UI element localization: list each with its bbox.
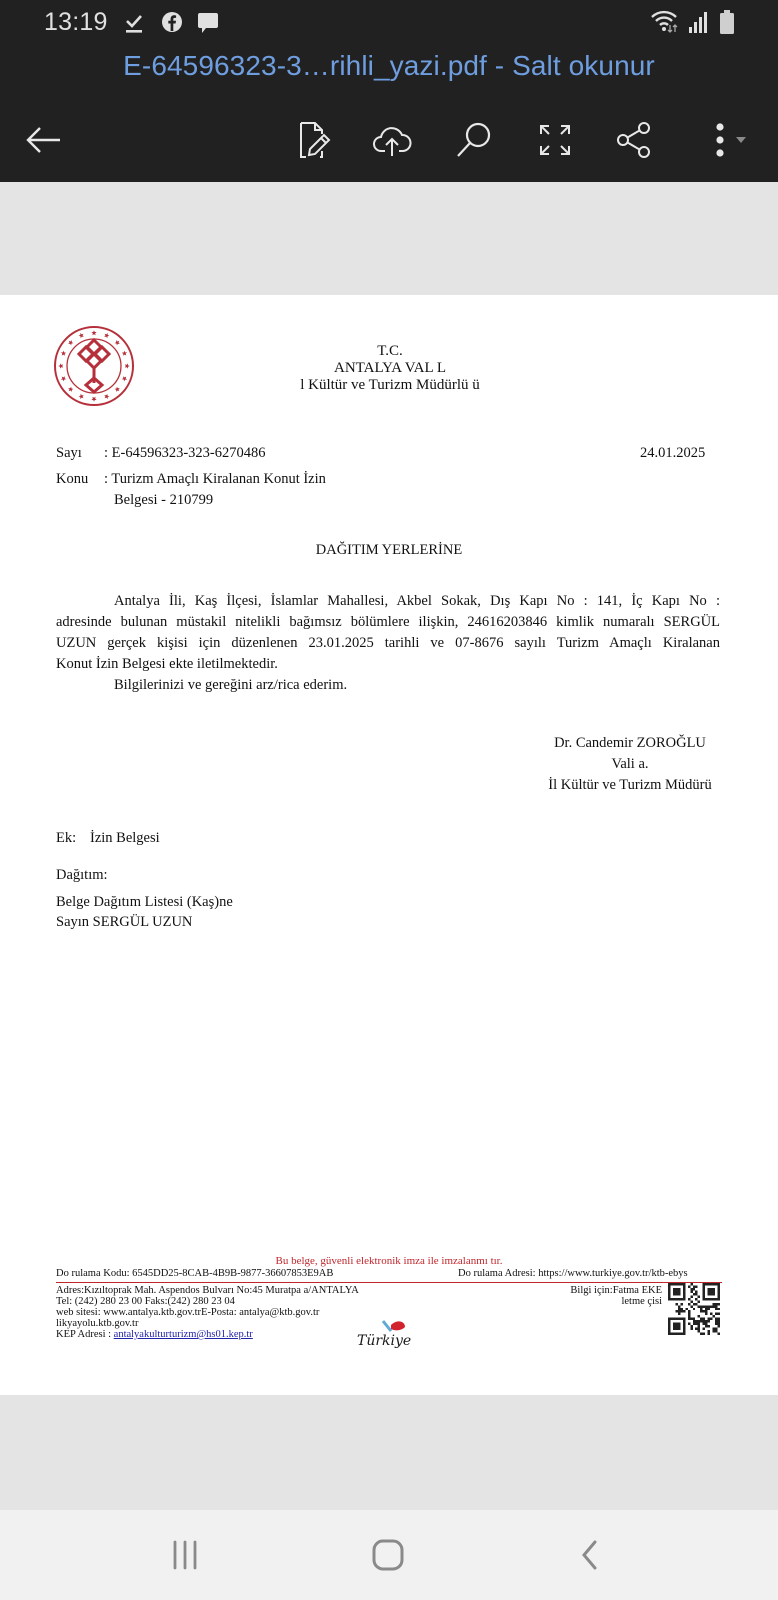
verification-address: Do rulama Adresi: https://www.turkiye.go… (458, 1268, 688, 1280)
app-top-bar: 13:19 E-64596323-3…rihli_yazi.pdf - Salt… (0, 0, 778, 182)
edit-pdf-icon (297, 121, 333, 159)
battery-icon (719, 9, 735, 40)
footer-phone: Tel: (242) 280 23 00 Faks:(242) 280 23 0… (56, 1296, 235, 1308)
back-nav-icon (577, 1539, 603, 1571)
recent-apps-button[interactable] (155, 1530, 215, 1580)
kep-link[interactable]: antalyakulturturizm@hs01.kep.tr (114, 1329, 253, 1340)
closing-line: Bilgilerinizi ve gereğini arz/rica ederi… (56, 675, 720, 696)
letterhead-tc: T.C. (300, 343, 480, 360)
status-bar: 13:19 (0, 0, 778, 46)
signatory-title: Vali a. (540, 756, 720, 773)
body-line: Antalya İli, Kaş İlçesi, İslamlar Mahall… (56, 591, 720, 612)
sayi-value: : E-64596323-323-6270486 (104, 445, 266, 462)
fullscreen-icon (538, 123, 572, 157)
body-line: adresinde bulunan müstakil nitelikli bağ… (56, 612, 720, 633)
body-line: UZUN gerçek kişisi için düzenlenen 23.01… (56, 633, 720, 654)
back-nav-button[interactable] (560, 1530, 620, 1580)
attachment-value: İzin Belgesi (90, 830, 160, 847)
body-line: Konut İzin Belgesi ekte iletilmektedir. (56, 654, 720, 675)
message-icon (197, 11, 219, 40)
download-done-icon (124, 12, 144, 39)
home-icon (371, 1538, 405, 1572)
recipient-heading: DAĞITIM YERLERİNE (0, 542, 778, 559)
footer-web2: likyayolu.ktb.gov.tr (56, 1318, 138, 1330)
letterhead-governorship: ANTALYA VAL L (300, 360, 480, 377)
more-icon (706, 122, 750, 158)
signatory-role: İl Kültür ve Turizm Müdürü (540, 777, 720, 794)
info-role: letme çisi (560, 1296, 662, 1308)
turkiye-brand-logo: Türkiye (355, 1317, 417, 1351)
status-time: 13:19 (44, 8, 108, 37)
more-options-button[interactable] (700, 118, 756, 162)
pdf-page[interactable]: T.C. ANTALYA VAL L l Kültür ve Turizm Mü… (0, 295, 778, 1395)
e-signature-note: Bu belge, güvenli elektronik imza ile im… (0, 1255, 778, 1267)
konu-value-cont: Belgesi - 210799 (114, 492, 213, 509)
attachment-label: Ek: (56, 830, 76, 847)
konu-label: Konu (56, 471, 88, 488)
footer-address: Adres:Kızıltoprak Mah. Aspendos Bulvarı … (56, 1285, 359, 1297)
letterhead-directorate: l Kültür ve Turizm Müdürlü ü (270, 377, 510, 394)
wifi-icon (650, 8, 680, 39)
home-button[interactable] (358, 1530, 418, 1580)
verification-code: Do rulama Kodu: 6545DD25-8CAB-4B9B-9877-… (56, 1268, 333, 1280)
distribution-item: Belge Dağıtım Listesi (Kaş)ne (56, 894, 233, 911)
footer-divider (56, 1282, 722, 1283)
distribution-item: Sayın SERGÜL UZUN (56, 914, 192, 931)
search-icon (455, 121, 493, 159)
footer-web: web sitesi: www.antalya.ktb.gov.trE-Post… (56, 1307, 319, 1319)
letterhead: T.C. ANTALYA VAL L (300, 343, 480, 377)
edit-pdf-button[interactable] (293, 118, 337, 162)
share-button[interactable] (612, 118, 656, 162)
signal-icon (688, 10, 708, 39)
cloud-upload-icon (372, 123, 412, 157)
qr-code-icon (668, 1283, 720, 1335)
search-button[interactable] (452, 118, 496, 162)
document-title: E-64596323-3…rihli_yazi.pdf - Salt okunu… (0, 50, 778, 82)
back-icon (24, 125, 64, 155)
info-contact: Bilgi için:Fatma EKE (560, 1285, 662, 1297)
distribution-label: Dağıtım: (56, 867, 108, 884)
konu-value: : Turizm Amaçlı Kiralanan Konut İzin (104, 471, 326, 488)
cloud-upload-button[interactable] (370, 118, 414, 162)
fullscreen-button[interactable] (533, 118, 577, 162)
footer-kep: KEP Adresi : antalyakulturturizm@hs01.ke… (56, 1329, 253, 1341)
facebook-icon (161, 11, 183, 38)
back-button[interactable] (22, 118, 66, 162)
system-nav-bar (0, 1510, 778, 1600)
ministry-emblem-icon (53, 325, 135, 407)
svg-text:Türkiye: Türkiye (357, 1333, 411, 1349)
recent-apps-icon (170, 1540, 200, 1570)
sayi-label: Sayı (56, 445, 82, 462)
document-date: 24.01.2025 (640, 445, 705, 462)
share-icon (615, 121, 653, 159)
signatory-name: Dr. Candemir ZOROĞLU (540, 735, 720, 752)
